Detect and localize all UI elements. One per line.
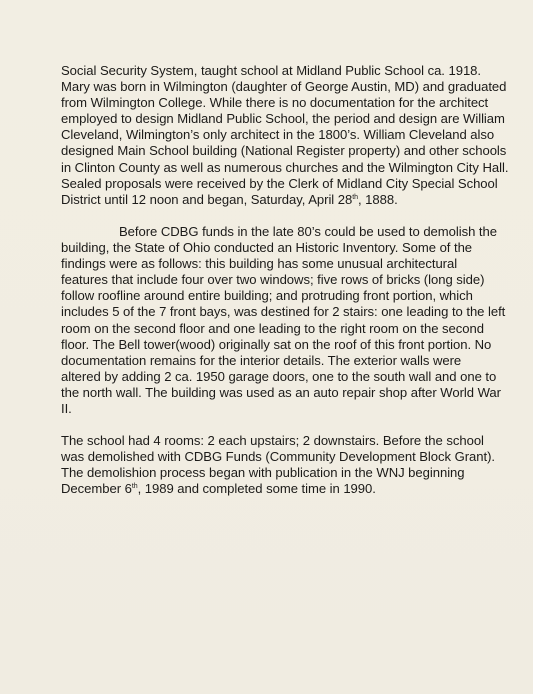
text-line: building, the State of Ohio conducted an… [61,240,481,256]
text-line: features that include four over two wind… [61,272,481,288]
text-line: Cleveland, Wilmington’s only architect i… [61,127,481,143]
text-line: the north wall. The building was used as… [61,385,481,401]
text-line: The demolishion process began with publi… [61,465,481,481]
text-line: Before CDBG funds in the late 80’s could… [61,224,481,240]
text-line: follow roofline around entire building; … [61,288,481,304]
paragraph-2: Before CDBG funds in the late 80’s could… [61,224,481,417]
text-line: was demolished with CDBG Funds (Communit… [61,449,481,465]
paragraph-3: The school had 4 rooms: 2 each upstairs;… [61,433,481,497]
text-line: documentation remains for the interior d… [61,353,481,369]
text-line: Mary was born in Wilmington (daughter of… [61,79,481,95]
text-line: The school had 4 rooms: 2 each upstairs;… [61,433,481,449]
text-line: Social Security System, taught school at… [61,63,481,79]
text-line: findings were as follows: this building … [61,256,481,272]
document-page: Social Security System, taught school at… [0,0,533,694]
text-line: altered by adding 2 ca. 1950 garage door… [61,369,481,385]
text-line: II. [61,401,481,417]
text-line: includes 5 of the 7 front bays, was dest… [61,304,481,320]
paragraph-1: Social Security System, taught school at… [61,63,481,208]
text-line: floor. The Bell tower(wood) originally s… [61,337,481,353]
text-line: designed Main School building (National … [61,143,481,159]
text-line: room on the second floor and one leading… [61,321,481,337]
text-line: employed to design Midland Public School… [61,111,481,127]
text-line: Sealed proposals were received by the Cl… [61,176,481,192]
text-line: December 6th, 1989 and completed some ti… [61,481,481,497]
text-line: from Wilmington College. While there is … [61,95,481,111]
text-line: in Clinton County as well as numerous ch… [61,160,481,176]
text-line: District until 12 noon and began, Saturd… [61,192,481,208]
document-body: Social Security System, taught school at… [61,63,481,514]
